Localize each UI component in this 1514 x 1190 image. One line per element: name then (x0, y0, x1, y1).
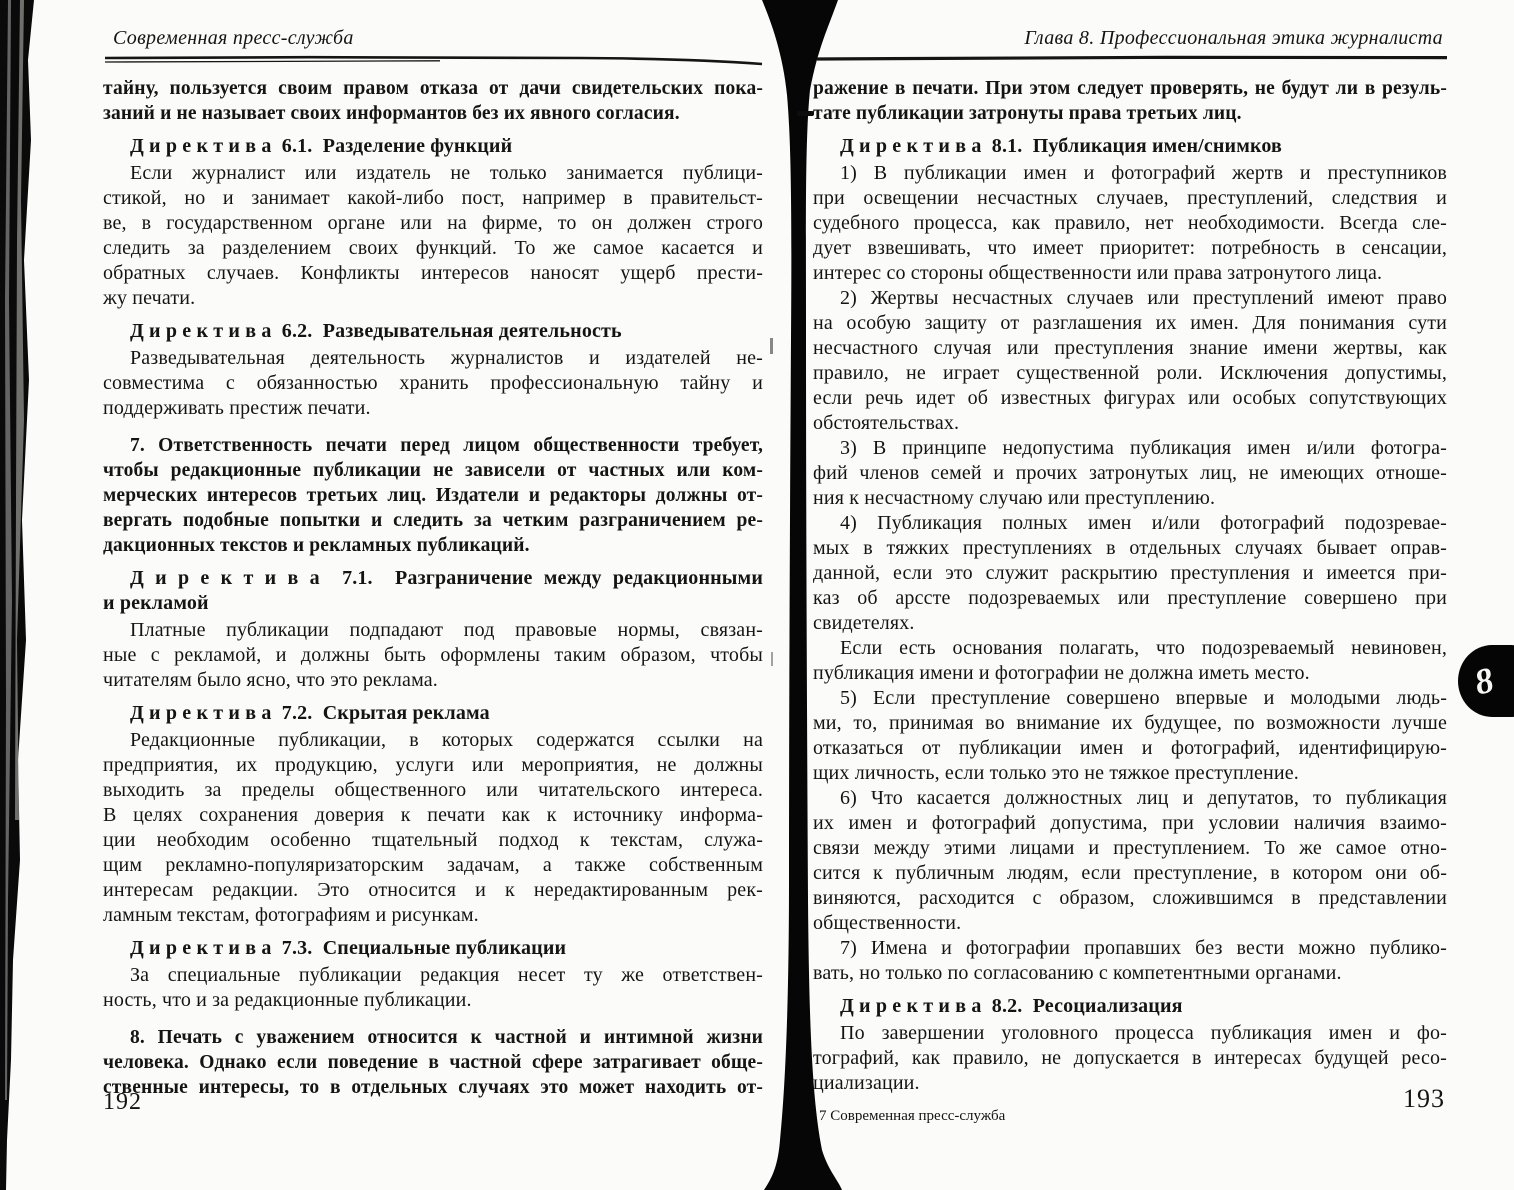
directive-heading: Д и р е к т и в а 7.2. Скрытая реклама (103, 701, 763, 726)
text-line: заний и не называет своих информантов бе… (103, 101, 763, 126)
text-line: 4) Публикация полных имен и/или фотограф… (813, 511, 1447, 536)
paragraph: По завершении уголовного процесса публик… (813, 1021, 1447, 1096)
text-line: судебного процесса, как правило, нет нео… (813, 211, 1447, 236)
text-line: отказаться от публикации имен и фотограф… (813, 736, 1447, 761)
text-line: 2) Жертвы несчастных случаев или преступ… (813, 286, 1447, 311)
text-line: Д и р е к т и в а 7.3. Специальные публи… (103, 936, 763, 961)
text-line: За специальные публикации редакция несет… (103, 963, 763, 988)
text-line: Д и р е к т и в а 7.1. Разграничение меж… (103, 566, 763, 591)
text-line: тате публикации затронуты права третьих … (813, 101, 1447, 126)
paragraph: 7. Ответственность печати перед лицом об… (103, 433, 763, 558)
text-line: вать, но только по согласованию с компет… (813, 961, 1447, 986)
paragraph: Если есть основания полагать, что подозр… (813, 636, 1447, 686)
paragraph: Если журналист или издатель не только за… (103, 161, 763, 311)
text-line: ственные интересы, то в отдельных случая… (103, 1075, 763, 1100)
text-line: Д и р е к т и в а 6.1. Разделение функци… (103, 134, 763, 159)
directive-heading: Д и р е к т и в а 7.3. Специальные публи… (103, 936, 763, 961)
left-page-text: тайну, пользуется своим правом отказа от… (103, 76, 763, 1100)
text-line: щим рекламно-популяризаторским задачам, … (103, 853, 763, 878)
paragraph: 1) В публикации имен и фотографий жертв … (813, 161, 1447, 286)
text-line: обстоятельствах. (813, 411, 1447, 436)
text-line: жу печати. (103, 286, 763, 311)
text-line: 5) Если преступление совершено впервые и… (813, 686, 1447, 711)
paragraph: Редакционные публикации, в которых содер… (103, 728, 763, 928)
text-line: чтобы редакционные публикации не зависел… (103, 458, 763, 483)
text-line: читателям было ясно, что это реклама. (103, 668, 763, 693)
text-line: вергать подобные попытки и следить за че… (103, 508, 763, 533)
right-page-text: ражение в печати. При этом следует прове… (813, 76, 1447, 1096)
paragraph: тайну, пользуется своим правом отказа от… (103, 76, 763, 126)
paragraph: 4) Публикация полных имен и/или фотограф… (813, 511, 1447, 636)
margin-tick-artifact-2 (771, 652, 773, 666)
text-line: ции необходим особенно тщательный подход… (103, 828, 763, 853)
text-line: мых в тяжких преступлениях в отдельных с… (813, 536, 1447, 561)
text-line: Д и р е к т и в а 6.2. Разведывательная … (103, 319, 763, 344)
paragraph: 6) Что касается должностных лиц и депута… (813, 786, 1447, 936)
left-page-number: 192 (103, 1089, 142, 1116)
text-line: 6) Что касается должностных лиц и депута… (813, 786, 1447, 811)
chapter-tab-number: 8 (1470, 658, 1498, 703)
text-line: щих личность, если только это не тяжкое … (813, 761, 1447, 786)
page-edge-streak-2 (15, 0, 24, 820)
paragraph: 7) Имена и фотографии пропавших без вест… (813, 936, 1447, 986)
text-line: Разведывательная деятельность журналисто… (103, 346, 763, 371)
text-line: если речь идет об известных фигурах или … (813, 386, 1447, 411)
book-scan: Современная пресс-служба тайну, пользует… (0, 0, 1514, 1190)
text-line: тайну, пользуется своим правом отказа от… (103, 76, 763, 101)
text-line: Если журналист или издатель не только за… (103, 161, 763, 186)
text-line: ве, в государственном органе или на фирм… (103, 211, 763, 236)
printers-signature-note: 7 Современная пресс-служба (819, 1108, 1005, 1125)
paragraph: 3) В принципе недопустима публикация име… (813, 436, 1447, 511)
text-line: правило, не играет существенной роли. Ис… (813, 361, 1447, 386)
text-line: их имен и фотографий допустима, при усло… (813, 811, 1447, 836)
text-line: Редакционные публикации, в которых содер… (103, 728, 763, 753)
right-running-header: Глава 8. Профессиональная этика журналис… (1024, 27, 1443, 50)
text-line: дует взвешивать, что имеет приоритет: по… (813, 236, 1447, 261)
text-line: ражение в печати. При этом следует прове… (813, 76, 1447, 101)
text-line: Д и р е к т и в а 8.1. Публикация имен/с… (813, 134, 1447, 159)
text-line: дакционных текстов и рекламных публикаци… (103, 533, 763, 558)
left-header-rule (105, 57, 762, 64)
text-line: следить за разделением своих функций. То… (103, 236, 763, 261)
text-line: общественности. (813, 911, 1447, 936)
text-line: интересам редакции. Это относится и к не… (103, 878, 763, 903)
text-line: ния к несчастному случаю или преступлени… (813, 486, 1447, 511)
text-line: и рекламой (103, 591, 763, 616)
text-line: публикация имени и фотографии не должна … (813, 661, 1447, 686)
text-line: 3) В принципе недопустима публикация име… (813, 436, 1447, 461)
margin-tick-artifact (770, 338, 773, 354)
text-line: каз об арссте подозреваемых или преступл… (813, 586, 1447, 611)
text-line: связи между этими лицами и преступлением… (813, 836, 1447, 861)
text-line: Д и р е к т и в а 8.2. Ресоциализация (813, 994, 1447, 1019)
text-line: Если есть основания полагать, что подозр… (813, 636, 1447, 661)
text-line: обратных случаев. Конфликты интересов на… (103, 261, 763, 286)
page-edge-artifact (0, 0, 34, 1190)
text-line: фий членов семей и прочих затронутых лиц… (813, 461, 1447, 486)
text-line: поддерживать престиж печати. (103, 396, 763, 421)
text-line: данной, если это служит раскрытию престу… (813, 561, 1447, 586)
right-page-number: 193 (1403, 1084, 1445, 1114)
text-line: ные с рекламой, и должны быть оформлены … (103, 643, 763, 668)
paragraph: ражение в печати. При этом следует прове… (813, 76, 1447, 126)
text-line: сится к публичным людям, если преступлен… (813, 861, 1447, 886)
directive-heading: Д и р е к т и в а 8.2. Ресоциализация (813, 994, 1447, 1019)
text-line: Д и р е к т и в а 7.2. Скрытая реклама (103, 701, 763, 726)
directive-heading: Д и р е к т и в а 8.1. Публикация имен/с… (813, 134, 1447, 159)
directive-heading: Д и р е к т и в а 6.2. Разведывательная … (103, 319, 763, 344)
text-line: стикой, но и занимает какой-либо пост, н… (103, 186, 763, 211)
text-line: 7. Ответственность печати перед лицом об… (103, 433, 763, 458)
text-line: интерес со стороны общественности или пр… (813, 261, 1447, 286)
text-line: тографий, как правило, не допускается в … (813, 1046, 1447, 1071)
text-line: В целях сохранения доверия к печати как … (103, 803, 763, 828)
text-line: 1) В публикации имен и фотографий жертв … (813, 161, 1447, 186)
text-line: Платные публикации подпадают под правовы… (103, 618, 763, 643)
text-line: человека. Однако если поведение в частно… (103, 1050, 763, 1075)
text-line: при освещении несчастных случаев, престу… (813, 186, 1447, 211)
text-line: мерческих интересов третьих лиц. Издател… (103, 483, 763, 508)
text-line: предприятия, их продукцию, услуги или ме… (103, 753, 763, 778)
text-line: 8. Печать с уважением относится к частно… (103, 1025, 763, 1050)
text-line: ламным текстам, фотографиям и рисункам. (103, 903, 763, 928)
text-line: на особую защиту от разглашения их имен.… (813, 311, 1447, 336)
text-line: выходить за пределы общественного или чи… (103, 778, 763, 803)
paragraph: 5) Если преступление совершено впервые и… (813, 686, 1447, 786)
text-line: 7) Имена и фотографии пропавших без вест… (813, 936, 1447, 961)
text-line: ми, то, принимая во внимание их будущее,… (813, 711, 1447, 736)
text-line: свидетелях. (813, 611, 1447, 636)
directive-heading: Д и р е к т и в а 7.1. Разграничение меж… (103, 566, 763, 616)
paragraph: Платные публикации подпадают под правовы… (103, 618, 763, 693)
text-line: По завершении уголовного процесса публик… (813, 1021, 1447, 1046)
paragraph: За специальные публикации редакция несет… (103, 963, 763, 1013)
dash-artifact (797, 111, 814, 116)
text-line: несчастного случая или преступления знан… (813, 336, 1447, 361)
directive-heading: Д и р е к т и в а 6.1. Разделение функци… (103, 134, 763, 159)
paragraph: Разведывательная деятельность журналисто… (103, 346, 763, 421)
page-edge-streak (5, 0, 12, 1100)
left-header-rule-double (105, 61, 440, 62)
right-header-rule (817, 57, 1447, 59)
chapter-tab: 8 (1458, 645, 1514, 717)
paragraph: 2) Жертвы несчастных случаев или преступ… (813, 286, 1447, 436)
paragraph: 8. Печать с уважением относится к частно… (103, 1025, 763, 1100)
text-line: циализации. (813, 1071, 1447, 1096)
left-running-header: Современная пресс-служба (113, 27, 354, 50)
text-line: ность, что и за редакционные публикации. (103, 988, 763, 1013)
text-line: совместима с обязанностью хранить профес… (103, 371, 763, 396)
text-line: виняются, расходится с образом, сложивши… (813, 886, 1447, 911)
